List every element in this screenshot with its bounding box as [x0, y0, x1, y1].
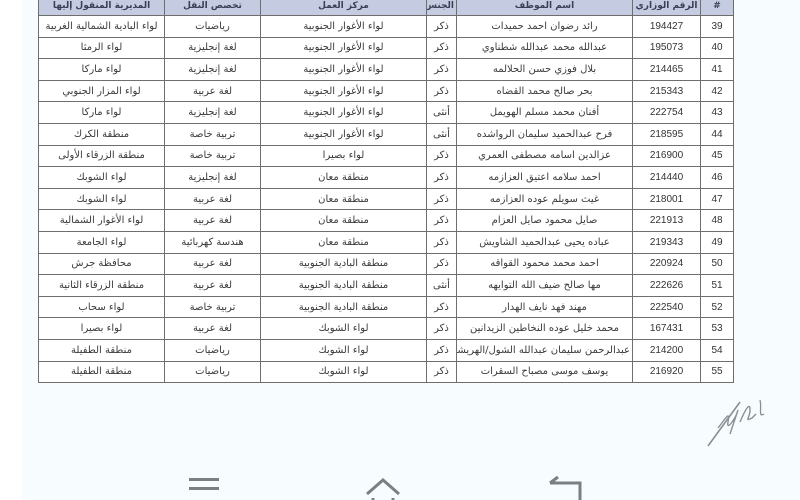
transfer-specialty-cell: لغة إنجليزية: [165, 37, 261, 59]
target-directorate-cell: لواء الشوبك: [39, 188, 165, 210]
work-center-cell: منطقة معان: [261, 210, 427, 232]
table-row: 51222626مها صالح ضيف الله التوايههأنثىمن…: [39, 275, 734, 297]
target-directorate-cell: منطقة الكرك: [39, 123, 165, 145]
work-center-cell: منطقة البادية الجنوبية: [261, 253, 427, 275]
work-center-cell: لواء الأغوار الجنوبية: [261, 16, 427, 38]
transfer-table: # الرقم الوزاري اسم الموظف الجنس مركز ال…: [38, 0, 734, 383]
row-index-cell: 40: [701, 37, 734, 59]
target-directorate-cell: منطقة الطفيلة: [39, 361, 165, 383]
ministry-number-cell: 222754: [633, 102, 701, 124]
target-directorate-cell: لواء الشوبك: [39, 167, 165, 189]
header-employee-name: اسم الموظف: [457, 0, 633, 16]
work-center-cell: منطقة معان: [261, 167, 427, 189]
work-center-cell: لواء بصيرا: [261, 145, 427, 167]
gender-cell: ذكر: [427, 80, 457, 102]
ministry-number-cell: 216920: [633, 361, 701, 383]
row-index-cell: 41: [701, 59, 734, 81]
gender-cell: ذكر: [427, 231, 457, 253]
transfer-specialty-cell: لغة إنجليزية: [165, 102, 261, 124]
gender-cell: أنثى: [427, 275, 457, 297]
transfer-specialty-cell: لغة عربية: [165, 275, 261, 297]
gender-cell: ذكر: [427, 296, 457, 318]
ministry-number-cell: 218001: [633, 188, 701, 210]
table-row: 49219343عباده يحيى عبدالحميد الشاويشذكرم…: [39, 231, 734, 253]
table-row: 39194427رائد رضوان احمد حميداتذكرلواء ال…: [39, 16, 734, 38]
gender-cell: ذكر: [427, 37, 457, 59]
ministry-number-cell: 215343: [633, 80, 701, 102]
gender-cell: ذكر: [427, 361, 457, 383]
employee-name-cell: رائد رضوان احمد حميدات: [457, 16, 633, 38]
gender-cell: أنثى: [427, 123, 457, 145]
ministry-number-cell: 218595: [633, 123, 701, 145]
ministry-number-cell: 214200: [633, 339, 701, 361]
target-directorate-cell: لواء ماركا: [39, 59, 165, 81]
employee-name-cell: مهند فهد نايف الهدار: [457, 296, 633, 318]
table-row: 43222754أفنان محمد مسلم الهويملأنثىلواء …: [39, 102, 734, 124]
back-icon: [546, 474, 586, 500]
employee-name-cell: عبدالرحمن سليمان عبدالله الشول/الهريشات: [457, 339, 633, 361]
ministry-number-cell: 221913: [633, 210, 701, 232]
header-ministry-number: الرقم الوزاري: [633, 0, 701, 16]
transfer-specialty-cell: رياضيات: [165, 361, 261, 383]
target-directorate-cell: منطقة الزرقاء الثانية: [39, 275, 165, 297]
gender-cell: ذكر: [427, 253, 457, 275]
table-row: 50220924احمد محمد محمود القواقهذكرمنطقة …: [39, 253, 734, 275]
android-nav-bar: [0, 462, 800, 500]
target-directorate-cell: لواء الرمثا: [39, 37, 165, 59]
ministry-number-cell: 219343: [633, 231, 701, 253]
back-button[interactable]: [546, 474, 586, 500]
gender-cell: ذكر: [427, 16, 457, 38]
transfer-specialty-cell: لغة إنجليزية: [165, 167, 261, 189]
signature-icon: [700, 388, 780, 448]
ministry-number-cell: 222626: [633, 275, 701, 297]
transfer-specialty-cell: لغة عربية: [165, 253, 261, 275]
row-index-cell: 45: [701, 145, 734, 167]
menu-button[interactable]: [184, 474, 224, 500]
employee-name-cell: احمد سلامه اعتيق العزازمه: [457, 167, 633, 189]
employee-name-cell: يوسف موسى مصباح السقرات: [457, 361, 633, 383]
header-transfer-specialty: تخصص النقل: [165, 0, 261, 16]
gender-cell: ذكر: [427, 210, 457, 232]
work-center-cell: لواء الأغوار الجنوبية: [261, 80, 427, 102]
transfer-specialty-cell: رياضيات: [165, 16, 261, 38]
row-index-cell: 55: [701, 361, 734, 383]
employee-name-cell: محمد خليل عوده النخاطين الزيدانين: [457, 318, 633, 340]
row-index-cell: 46: [701, 167, 734, 189]
ministry-number-cell: 220924: [633, 253, 701, 275]
target-directorate-cell: منطقة الطفيلة: [39, 339, 165, 361]
row-index-cell: 39: [701, 16, 734, 38]
work-center-cell: منطقة معان: [261, 231, 427, 253]
header-target-directorate: المديرية المنقول إليها: [39, 0, 165, 16]
transfer-specialty-cell: تربية خاصة: [165, 123, 261, 145]
table-row: 42215343بحر صالح محمد القضاهذكرلواء الأغ…: [39, 80, 734, 102]
target-directorate-cell: لواء الجامعة: [39, 231, 165, 253]
transfer-specialty-cell: هندسة كهربائية: [165, 231, 261, 253]
target-directorate-cell: لواء المزار الجنوبي: [39, 80, 165, 102]
employee-name-cell: احمد محمد محمود القواقه: [457, 253, 633, 275]
ministry-number-cell: 167431: [633, 318, 701, 340]
transfer-specialty-cell: لغة إنجليزية: [165, 59, 261, 81]
transfer-specialty-cell: لغة عربية: [165, 188, 261, 210]
employee-name-cell: صايل محمود صايل العزام: [457, 210, 633, 232]
work-center-cell: لواء الشوبك: [261, 339, 427, 361]
row-index-cell: 51: [701, 275, 734, 297]
header-gender: الجنس: [427, 0, 457, 16]
table-row: 44218595فرح عبدالحميد سليمان الرواشدهأنث…: [39, 123, 734, 145]
table-row: 54214200عبدالرحمن سليمان عبدالله الشول/ا…: [39, 339, 734, 361]
document-page: # الرقم الوزاري اسم الموظف الجنس مركز ال…: [0, 0, 800, 500]
target-directorate-cell: منطقة الزرقاء الأولى: [39, 145, 165, 167]
table-row: 47218001غيث سويلم عوده العزازمهذكرمنطقة …: [39, 188, 734, 210]
gender-cell: ذكر: [427, 339, 457, 361]
table-row: 53167431محمد خليل عوده النخاطين الزيداني…: [39, 318, 734, 340]
employee-name-cell: بلال فوزي حسن الحلالمه: [457, 59, 633, 81]
employee-name-cell: أفنان محمد مسلم الهويمل: [457, 102, 633, 124]
target-directorate-cell: لواء البادية الشمالية الغربية: [39, 16, 165, 38]
ministry-number-cell: 222540: [633, 296, 701, 318]
work-center-cell: لواء الأغوار الجنوبية: [261, 37, 427, 59]
table-row: 41214465بلال فوزي حسن الحلالمهذكرلواء ال…: [39, 59, 734, 81]
table-row: 55216920يوسف موسى مصباح السقراتذكرلواء ا…: [39, 361, 734, 383]
gender-cell: ذكر: [427, 59, 457, 81]
table-row: 46214440احمد سلامه اعتيق العزازمهذكرمنطق…: [39, 167, 734, 189]
row-index-cell: 49: [701, 231, 734, 253]
table-row: 48221913صايل محمود صايل العزامذكرمنطقة م…: [39, 210, 734, 232]
ministry-number-cell: 194427: [633, 16, 701, 38]
table-row: 40195073عبدالله محمد عبدالله شطناويذكرلو…: [39, 37, 734, 59]
work-center-cell: منطقة البادية الجنوبية: [261, 275, 427, 297]
transfer-specialty-cell: تربية خاصة: [165, 145, 261, 167]
ministry-number-cell: 195073: [633, 37, 701, 59]
transfer-specialty-cell: لغة عربية: [165, 318, 261, 340]
home-button[interactable]: [363, 474, 403, 500]
row-index-cell: 42: [701, 80, 734, 102]
row-index-cell: 52: [701, 296, 734, 318]
header-work-center: مركز العمل: [261, 0, 427, 16]
employee-name-cell: بحر صالح محمد القضاه: [457, 80, 633, 102]
transfer-specialty-cell: لغة عربية: [165, 210, 261, 232]
target-directorate-cell: لواء بصيرا: [39, 318, 165, 340]
transfer-specialty-cell: تربية خاصة: [165, 296, 261, 318]
table-row: 45216900عزالدين اسامه مصطفى العمريذكرلوا…: [39, 145, 734, 167]
target-directorate-cell: لواء سحاب: [39, 296, 165, 318]
work-center-cell: لواء الشوبك: [261, 361, 427, 383]
header-index: #: [701, 0, 734, 16]
menu-icon: [187, 474, 221, 494]
table-row: 52222540مهند فهد نايف الهدارذكرمنطقة الب…: [39, 296, 734, 318]
work-center-cell: لواء الأغوار الجنوبية: [261, 123, 427, 145]
employee-name-cell: عزالدين اسامه مصطفى العمري: [457, 145, 633, 167]
employee-name-cell: فرح عبدالحميد سليمان الرواشده: [457, 123, 633, 145]
work-center-cell: منطقة معان: [261, 188, 427, 210]
row-index-cell: 50: [701, 253, 734, 275]
table-header-row: # الرقم الوزاري اسم الموظف الجنس مركز ال…: [39, 0, 734, 16]
ministry-number-cell: 214465: [633, 59, 701, 81]
home-icon: [363, 474, 403, 500]
row-index-cell: 48: [701, 210, 734, 232]
row-index-cell: 54: [701, 339, 734, 361]
employee-name-cell: مها صالح ضيف الله التوايهه: [457, 275, 633, 297]
employee-name-cell: غيث سويلم عوده العزازمه: [457, 188, 633, 210]
work-center-cell: لواء الأغوار الجنوبية: [261, 59, 427, 81]
row-index-cell: 53: [701, 318, 734, 340]
gender-cell: ذكر: [427, 188, 457, 210]
employee-name-cell: عباده يحيى عبدالحميد الشاويش: [457, 231, 633, 253]
row-index-cell: 43: [701, 102, 734, 124]
page-margin: [0, 0, 22, 500]
work-center-cell: لواء الشوبك: [261, 318, 427, 340]
row-index-cell: 47: [701, 188, 734, 210]
gender-cell: أنثى: [427, 102, 457, 124]
employee-name-cell: عبدالله محمد عبدالله شطناوي: [457, 37, 633, 59]
ministry-number-cell: 216900: [633, 145, 701, 167]
ministry-number-cell: 214440: [633, 167, 701, 189]
work-center-cell: لواء الأغوار الجنوبية: [261, 102, 427, 124]
target-directorate-cell: لواء الأغوار الشمالية: [39, 210, 165, 232]
work-center-cell: منطقة البادية الجنوبية: [261, 296, 427, 318]
row-index-cell: 44: [701, 123, 734, 145]
transfer-specialty-cell: رياضيات: [165, 339, 261, 361]
target-directorate-cell: محافظة جرش: [39, 253, 165, 275]
gender-cell: ذكر: [427, 318, 457, 340]
gender-cell: ذكر: [427, 145, 457, 167]
target-directorate-cell: لواء ماركا: [39, 102, 165, 124]
gender-cell: ذكر: [427, 167, 457, 189]
transfer-specialty-cell: لغة عربية: [165, 80, 261, 102]
